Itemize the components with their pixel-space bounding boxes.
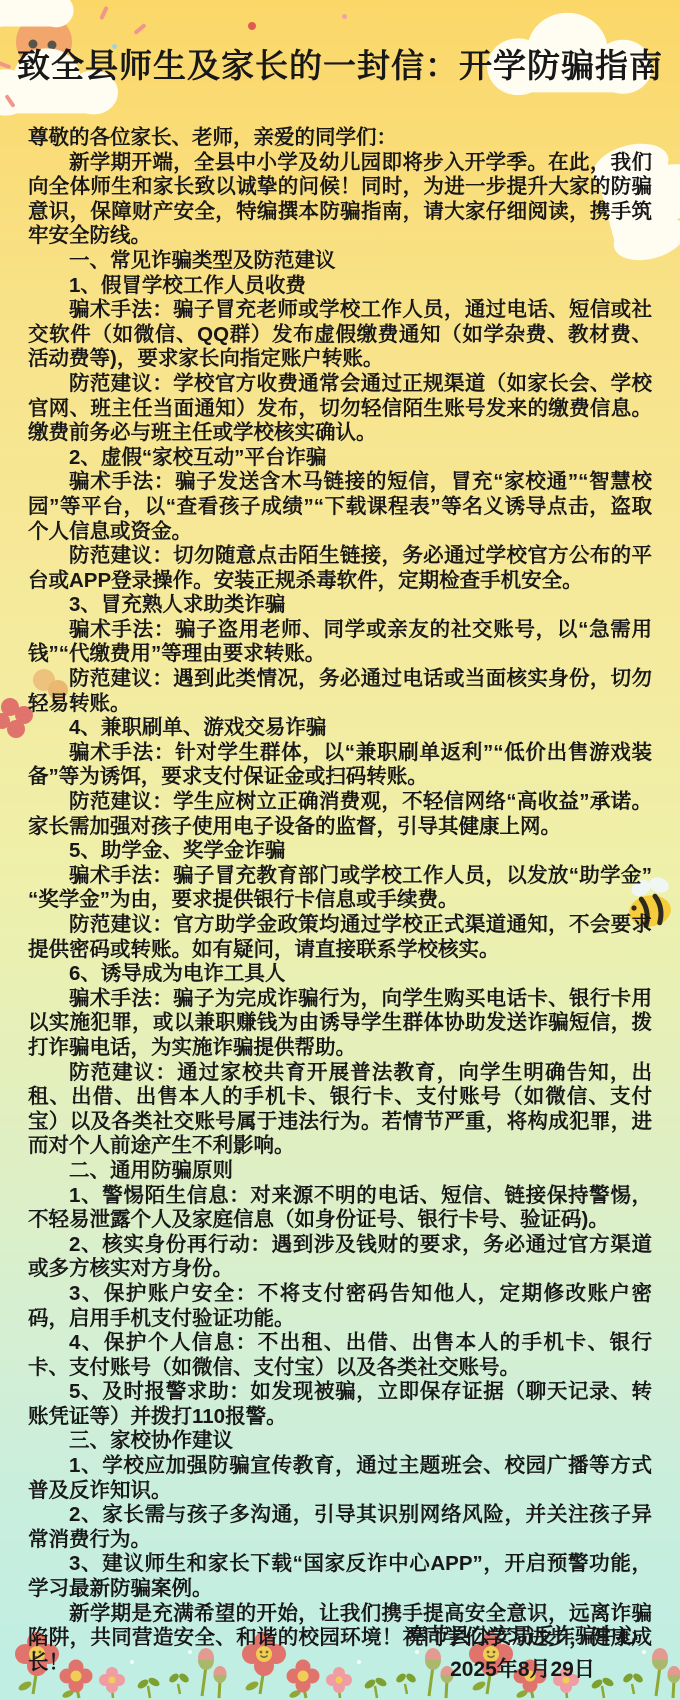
paragraph: 1、警惕陌生信息：对来源不明的电话、短信、链接保持警惕，不轻易泄露个人及家庭信息… — [28, 1184, 652, 1233]
paragraph: 骗术手法：针对学生群体，以“兼职刷单返利”“低价出售游戏装备”等为诱饵，要求支付… — [28, 741, 652, 790]
signature-date: 2025年8月29日 — [407, 1653, 638, 1686]
paragraph: 一、常见诈骗类型及防范建议 — [28, 249, 652, 274]
paragraph: 骗术手法：骗子为完成诈骗行为，向学生购买电话卡、银行卡用以实施犯罪，或以兼职赚钱… — [28, 987, 652, 1061]
paragraph: 骗术手法：骗子冒充教育部门或学校工作人员，以发放“助学金”“奖学金”为由，要求提… — [28, 864, 652, 913]
paragraph: 5、助学金、奖学金诈骗 — [28, 839, 652, 864]
paragraph: 三、家校协作建议 — [28, 1429, 652, 1454]
paragraph: 防范建议：官方助学金政策均通过学校正式渠道通知，不会要求提供密码或转账。如有疑问… — [28, 913, 652, 962]
dot-icon — [248, 22, 256, 30]
paragraph: 防范建议：学校官方收费通常会通过正规渠道（如家长会、学校官网、班主任当面通知）发… — [28, 372, 652, 446]
paragraph: 防范建议：学生应树立正确消费观，不轻信网络“高收益”承诺。家长需加强对孩子使用电… — [28, 790, 652, 839]
paragraph: 1、假冒学校工作人员收费 — [28, 274, 652, 299]
paragraph: 二、通用防骗原则 — [28, 1159, 652, 1184]
paragraph: 3、冒充熟人求助类诈骗 — [28, 593, 652, 618]
paragraph: 3、建议师生和家长下载“国家反诈中心APP”，开启预警功能，学习最新防骗案例。 — [28, 1552, 652, 1601]
paragraph: 6、诱导成为电诈工具人 — [28, 962, 652, 987]
sparkle-ray-icon — [133, 23, 146, 35]
paragraph: 4、兼职刷单、游戏交易诈骗 — [28, 716, 652, 741]
page-title: 致全县师生及家长的一封信：开学防骗指南 — [0, 40, 680, 87]
signature-name: 奉节县公安局反诈骗中心 — [407, 1620, 638, 1653]
paragraph: 2、核实身份再行动：遇到涉及钱财的要求，务必通过官方渠道或多方核实对方身份。 — [28, 1233, 652, 1282]
paragraph: 5、及时报警求助：如发现被骗，立即保存证据（聊天记录、转账凭证等）并拨打110报… — [28, 1380, 652, 1429]
letter-body: 尊敬的各位家长、老师，亲爱的同学们：新学期开端，全县中小学及幼儿园即将步入开学季… — [28, 126, 652, 1675]
paragraph: 4、保护个人信息：不出租、出借、出售本人的手机卡、银行卡、支付账号（如微信、支付… — [28, 1331, 652, 1380]
paragraph: 防范建议：通过家校共育开展普法教育，向学生明确告知，出租、出借、出售本人的手机卡… — [28, 1061, 652, 1159]
paragraph: 新学期开端，全县中小学及幼儿园即将步入开学季。在此，我们向全体师生和家长致以诚挚… — [28, 151, 652, 249]
anti-fraud-letter-poster: 致全县师生及家长的一封信：开学防骗指南 尊敬的各位家长、老师，亲爱的同学们：新学… — [0, 0, 680, 1700]
paragraph: 2、虚假“家校互动”平台诈骗 — [28, 446, 652, 471]
paragraph: 骗术手法：骗子盗用老师、同学或亲友的社交账号，以“急需用钱”“代缴费用”等理由要… — [28, 618, 652, 667]
paragraph: 尊敬的各位家长、老师，亲爱的同学们： — [28, 126, 652, 151]
paragraph: 3、保护账户安全：不将支付密码告知他人，定期修改账户密码，启用手机支付验证功能。 — [28, 1282, 652, 1331]
paragraph: 防范建议：切勿随意点击陌生链接，务必通过学校官方公布的平台或APP登录操作。安装… — [28, 544, 652, 593]
paragraph: 2、家长需与孩子多沟通，引导其识别网络风险，并关注孩子异常消费行为。 — [28, 1503, 652, 1552]
paragraph: 骗术手法：骗子冒充老师或学校工作人员，通过电话、短信或社交软件（如微信、QQ群）… — [28, 298, 652, 372]
sparkle-ray-icon — [99, 6, 109, 20]
signature: 奉节县公安局反诈骗中心 2025年8月29日 — [407, 1620, 638, 1686]
cloud-icon — [0, 0, 80, 30]
dot-icon — [342, 14, 347, 19]
paragraph: 1、学校应加强防骗宣传教育，通过主题班会、校园广播等方式普及反诈知识。 — [28, 1454, 652, 1503]
paragraph: 防范建议：遇到此类情况，务必通过电话或当面核实身份，切勿轻易转账。 — [28, 667, 652, 716]
paragraph: 骗术手法：骗子发送含木马链接的短信，冒充“家校通”“智慧校园”等平台，以“查看孩… — [28, 470, 652, 544]
